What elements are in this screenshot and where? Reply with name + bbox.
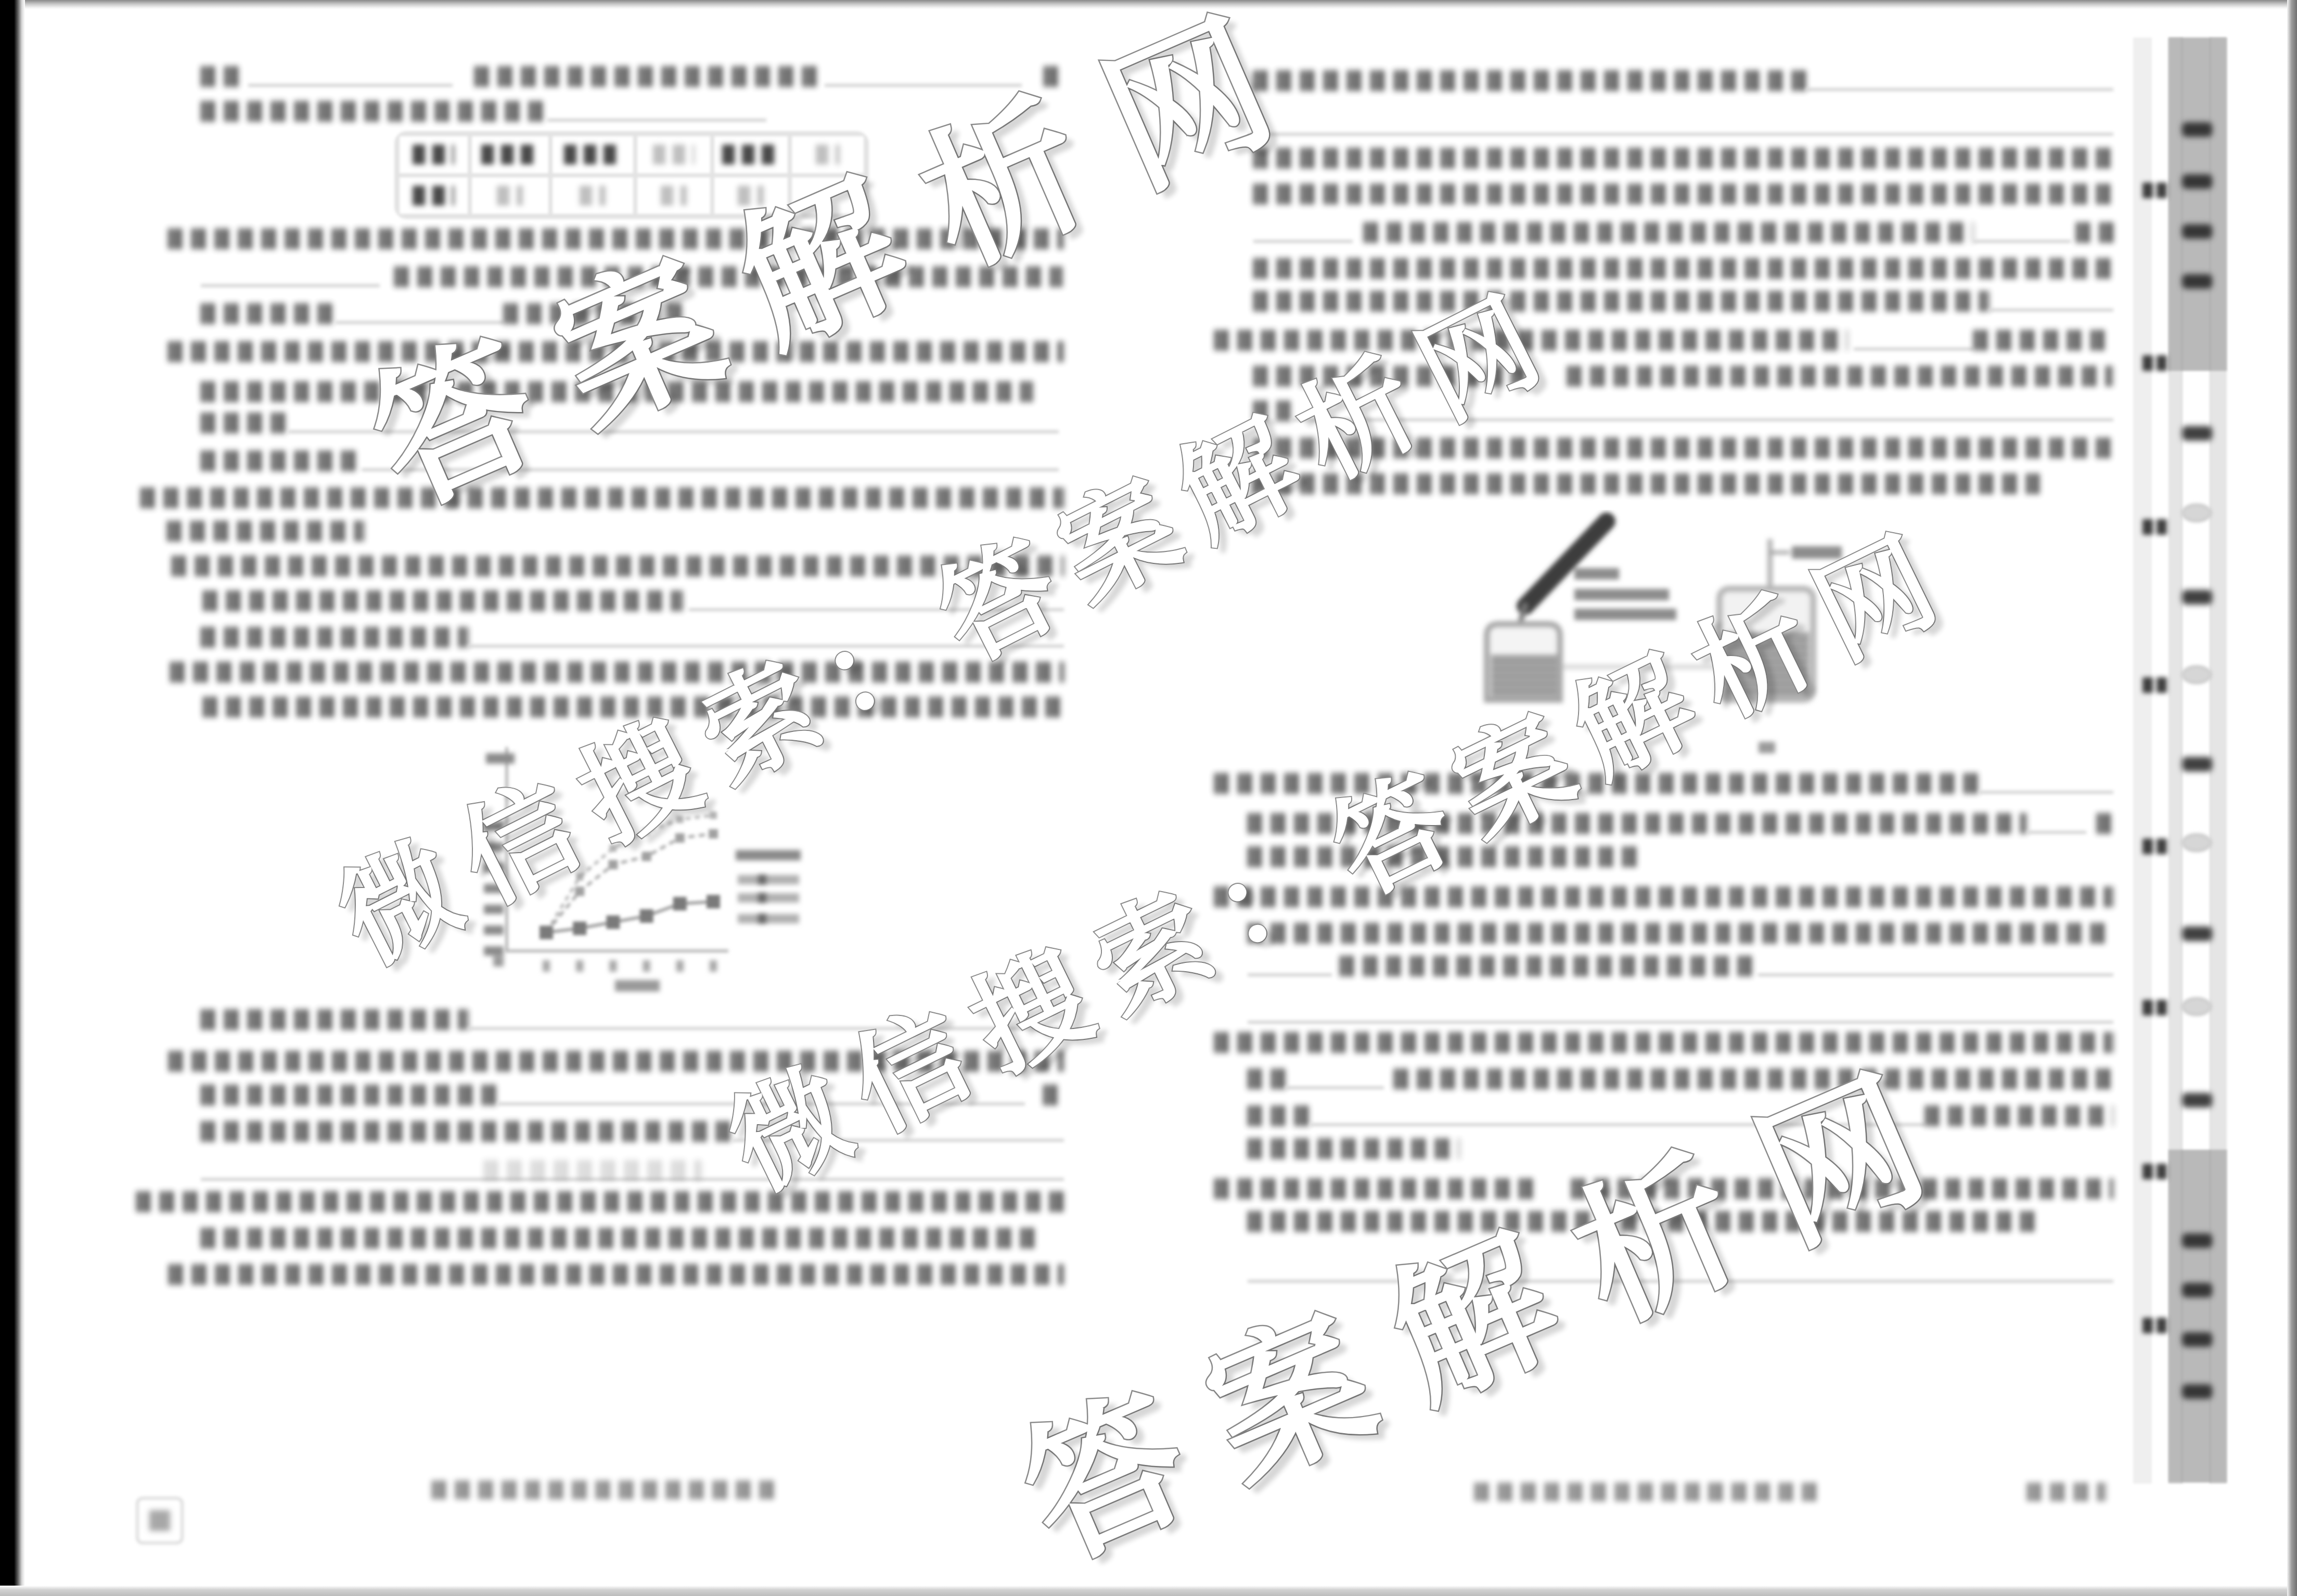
binding-char-blurred: [2182, 1332, 2212, 1347]
binding-side-label: [2142, 677, 2171, 693]
binding-char-blurred: [2182, 274, 2212, 289]
binding-guide-line: [2133, 37, 2152, 1484]
binding-char-blurred: [2182, 122, 2212, 137]
binding-circle-mark: [2183, 667, 2210, 683]
binding-circle-mark: [2183, 505, 2210, 521]
binding-char-blurred: [2182, 757, 2212, 771]
binding-char-blurred: [2182, 1283, 2212, 1297]
binding-side-label: [2142, 183, 2171, 198]
binding-char-blurred: [2182, 590, 2212, 604]
binding-side-label: [2142, 519, 2171, 535]
binding-side-label: [2142, 1000, 2171, 1015]
binding-char-blurred: [2182, 1233, 2212, 1248]
binding-char-blurred: [2182, 1093, 2212, 1108]
binding-char-blurred: [2182, 174, 2212, 189]
binding-char-blurred: [2182, 224, 2212, 239]
binding-circle-mark: [2183, 835, 2210, 851]
binding-shaded-block-bottom: [2168, 1150, 2227, 1483]
binding-shaded-block-top: [2168, 37, 2227, 371]
binding-circle-mark: [2183, 999, 2210, 1014]
binding-strip: [0, 0, 2297, 1596]
binding-char-blurred: [2182, 926, 2212, 941]
binding-side-label: [2142, 1318, 2171, 1333]
binding-char-blurred: [2182, 1384, 2212, 1399]
binding-side-label: [2142, 1164, 2171, 1179]
binding-side-label: [2142, 839, 2171, 854]
binding-char-blurred: [2182, 426, 2212, 441]
binding-side-label: [2142, 355, 2171, 371]
